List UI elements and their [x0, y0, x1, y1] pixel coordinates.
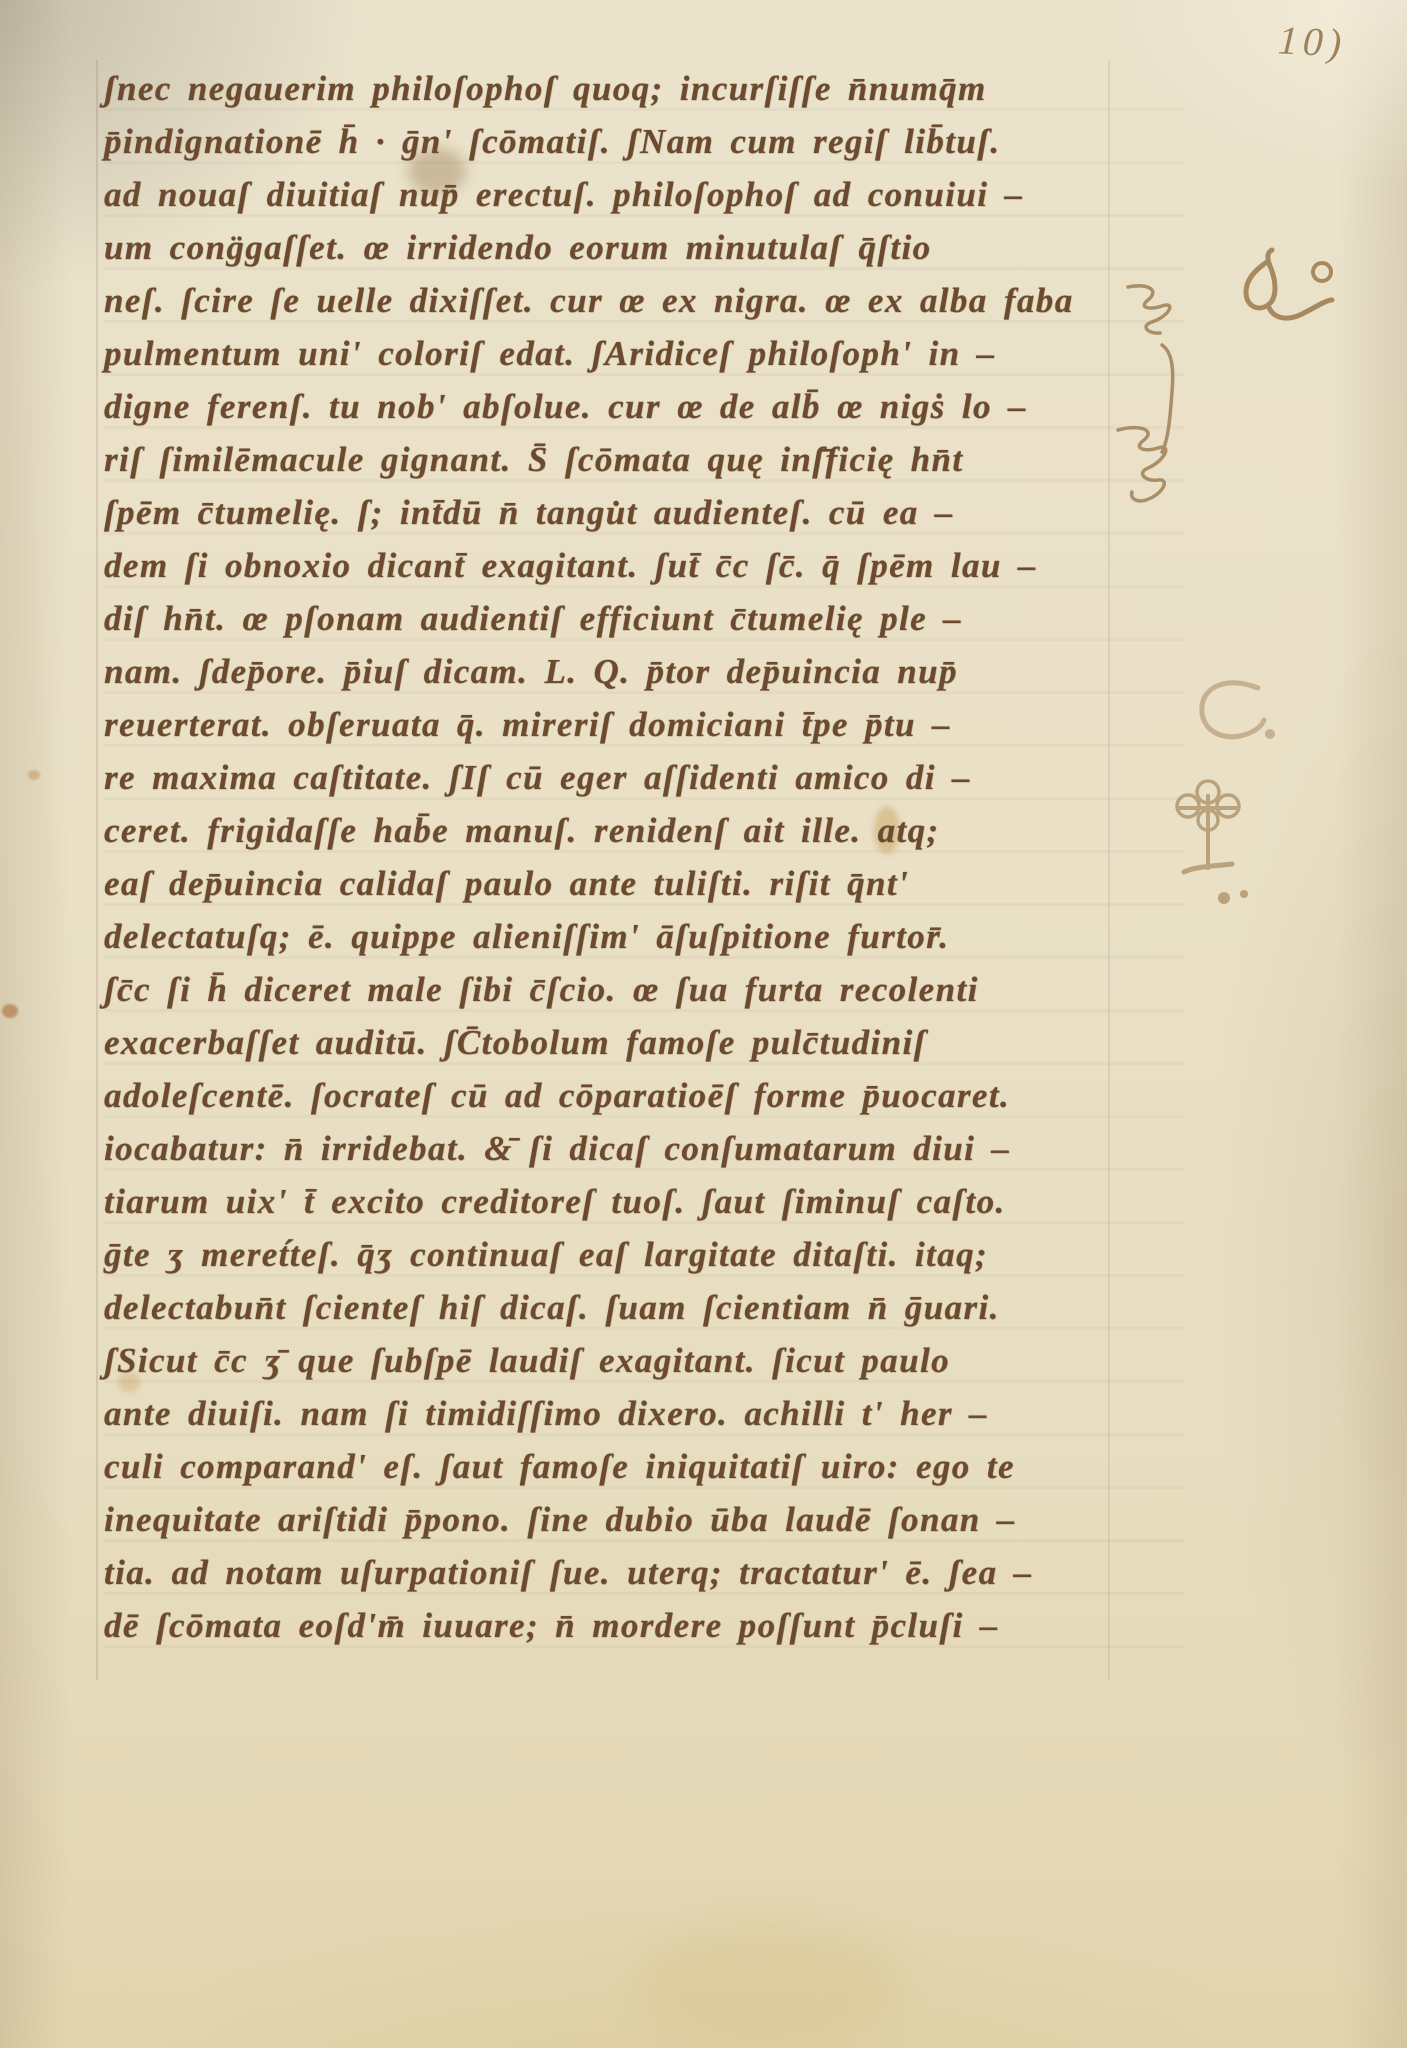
marginalia-overlay — [0, 0, 1407, 2048]
faded-c-pen-mark — [1202, 683, 1275, 739]
pen-trial-do-mark — [1246, 250, 1332, 318]
margin-brace-mark — [1118, 286, 1173, 501]
manuscript-page: 10) ʃnec negauerim philoſophoſ quoq; inc… — [0, 0, 1407, 2048]
ink-dot — [1240, 890, 1248, 898]
cross-clover-doodle-mark — [1177, 781, 1248, 904]
ink-dot — [1218, 892, 1230, 904]
